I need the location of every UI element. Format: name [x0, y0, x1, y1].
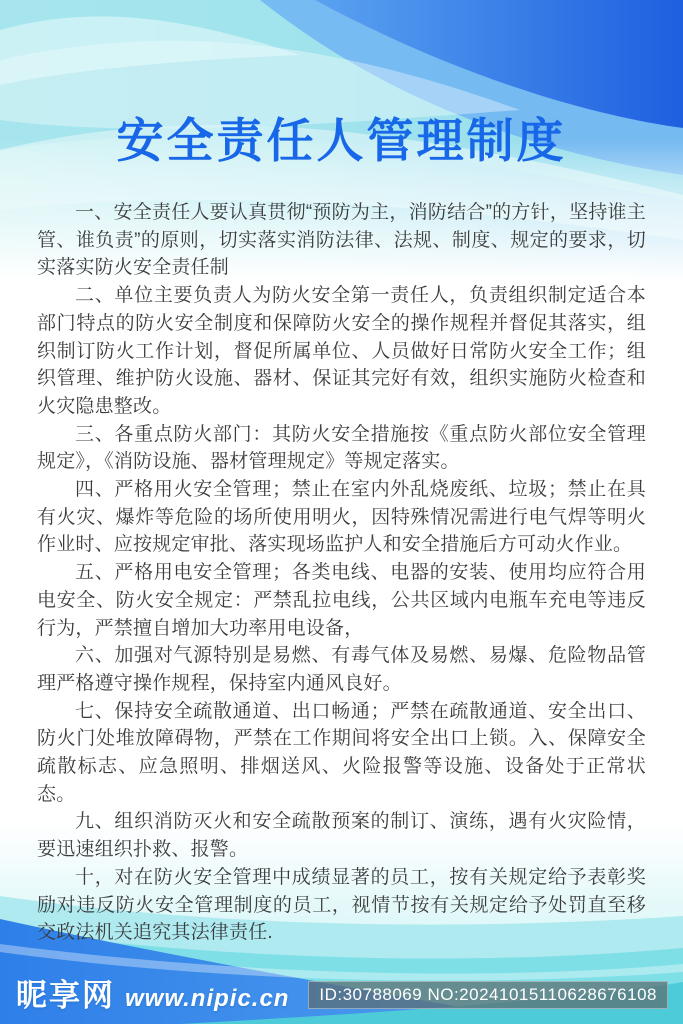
regulation-body: 一、安全责任人要认真贯彻“预防为主，消防结合”的方针，坚持谁主管、谁负责”的原则…: [37, 199, 646, 947]
paragraph-1: 一、安全责任人要认真贯彻“预防为主，消防结合”的方针，坚持谁主管、谁负责”的原则…: [37, 199, 646, 282]
image-id-badge: ID:30788069 NO:20241015110628676108: [308, 981, 668, 1009]
page-title: 安全责任人管理制度: [0, 104, 683, 171]
paragraph-10: 十，对在防火安全管理中成绩显著的员工，按有关规定给予表彰奖励对违反防火安全管理制…: [37, 864, 646, 947]
paragraph-2: 二、单位主要负责人为防火安全第一责任人，负责组织制定适合本部门特点的防火安全制度…: [37, 282, 646, 421]
paragraph-5: 五、严格用电安全管理；各类电线、电器的安装、使用均应符合用电安全、防火安全规定：…: [37, 559, 646, 642]
site-logo-text: 昵享网: [16, 970, 115, 1015]
paragraph-7: 七、保持安全疏散通道、出口畅通；严禁在疏散通道、安全出口、防火门处堆放障碍物，严…: [37, 698, 646, 809]
safety-poster: 安全责任人管理制度 一、安全责任人要认真贯彻“预防为主，消防结合”的方针，坚持谁…: [0, 0, 683, 1024]
paragraph-4: 四、严格用火安全管理；禁止在室内外乱烧废纸、垃圾；禁止在具有火灾、爆炸等危险的场…: [37, 476, 646, 559]
paragraph-3: 三、各重点防火部门：其防火安全措施按《重点防火部位安全管理规定》，《消防设施、器…: [37, 421, 646, 476]
paragraph-9: 九、组织消防灭火和安全疏散预案的制订、演练，遇有火灾险情，要迅速组织扑救、报警。: [37, 808, 646, 863]
site-url-text: www.nipic.cn: [125, 985, 289, 1013]
paragraph-6: 六、加强对气源特别是易燃、有毒气体及易燃、易爆、危险物品管理严格遵守操作规程，保…: [37, 642, 646, 697]
site-watermark: 昵享网 www.nipic.cn: [16, 970, 289, 1015]
